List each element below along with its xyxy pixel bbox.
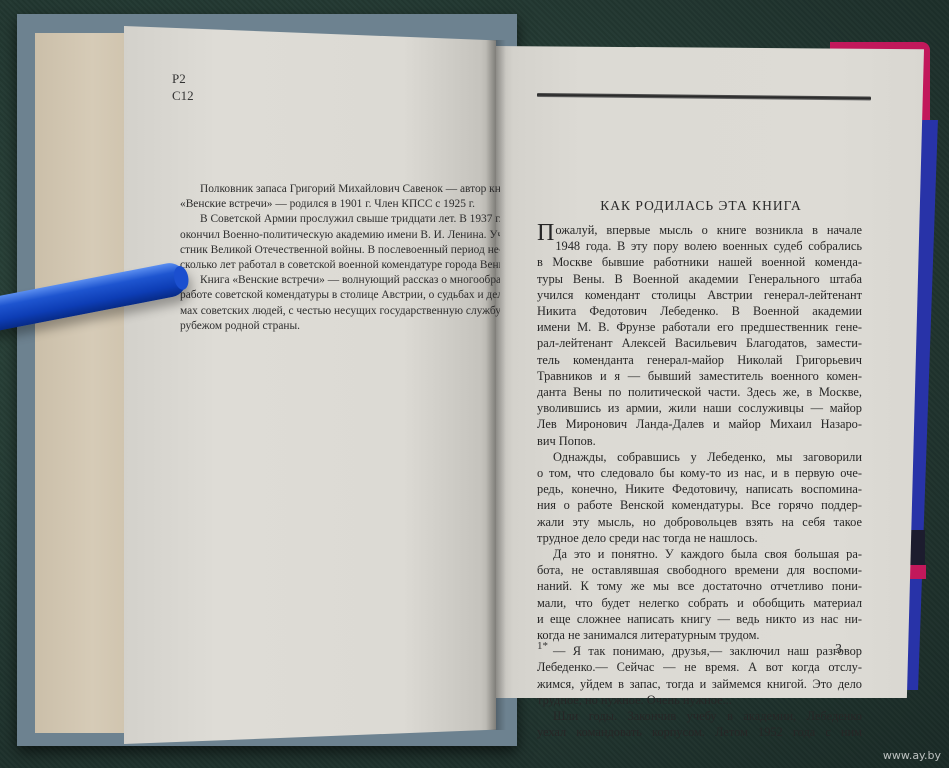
- text-line: жимся, уйдем в запас, тогда и займемся к…: [537, 676, 862, 692]
- text-line-content: Однажды, собравшись у Лебеденко, мы заго…: [553, 450, 862, 464]
- text-line-content: Травников и я — бывший заместитель военн…: [537, 369, 862, 383]
- text-line-content: уволившись из армии, жили наши сослуживц…: [537, 401, 862, 415]
- text-line: бота, не оставлявшая свободного времени …: [537, 562, 862, 578]
- text-line: рал-лейтенант Алексей Васильевич Благода…: [537, 335, 862, 351]
- text-line-content: в Москве бывшие работники нашей военной …: [537, 255, 862, 269]
- annotation-line: «Венские встречи» — родился в 1901 г. Чл…: [180, 197, 500, 212]
- book-gutter: [486, 40, 506, 730]
- author-annotation: Полковник запаса Григорий Михайлович Сав…: [180, 182, 500, 334]
- text-line: Лебеденко.— Сейчас — не время. А вот ког…: [537, 659, 862, 675]
- text-line-content: Никита Федотович Лебеденко. В Военной ак…: [537, 304, 862, 318]
- text-line: Однажды, собравшись у Лебеденко, мы заго…: [537, 449, 862, 465]
- text-line: редь, конечно, Никите Федотовичу, написа…: [537, 481, 862, 497]
- text-line: Шли годы. Закончив учебу в академии, Леб…: [537, 708, 862, 724]
- text-line: уволившись из армии, жили наши сослуживц…: [537, 400, 862, 416]
- annotation-line: Полковник запаса Григорий Михайлович Сав…: [180, 182, 500, 197]
- text-line: 1948 года. В эту пору волею военных суде…: [537, 238, 862, 254]
- annotation-line: окончил Военно-политическую академию име…: [180, 228, 500, 243]
- text-line: имени М. В. Фрунзе работали его предшест…: [537, 319, 862, 335]
- text-line-content: тель коменданта генерал-майор Николай Гр…: [537, 353, 862, 367]
- text-line-content: жали эту мысль, но добровольцев взять на…: [537, 515, 862, 529]
- text-line: наний. К тому же мы все достаточно отчет…: [537, 578, 862, 594]
- watermark: www.ay.by: [883, 749, 941, 762]
- text-line: мали, что будет нелегко собрать и обобщи…: [537, 595, 862, 611]
- text-line-content: вич Попов.: [537, 434, 596, 448]
- text-line-content: уехал командовать корпусом. Летом 1952 г…: [537, 725, 862, 739]
- text-line-content: туры Вены. В Военной академии Генерально…: [537, 272, 862, 286]
- text-line-content: 1948 года. В эту пору волею военных суде…: [555, 239, 862, 253]
- code-line: Р2: [172, 70, 194, 87]
- chapter-title: КАК РОДИЛАСЬ ЭТА КНИГА: [536, 198, 866, 214]
- text-line: туры Вены. В Военной академии Генерально…: [537, 271, 862, 287]
- text-line-content: бота, не оставлявшая свободного времени …: [537, 563, 862, 577]
- text-line: о том, что следовало бы кому-то из нас, …: [537, 465, 862, 481]
- text-line: трудное дело среди нас тогда не нашлось.: [537, 530, 862, 546]
- text-line: когда не занимался литературным трудом.: [537, 627, 862, 643]
- text-line: вич Попов.: [537, 433, 862, 449]
- photo-scene: Р2 С12 Полковник запаса Григорий Михайло…: [0, 0, 949, 768]
- text-line-content: и еще сложнее написать книгу — ведь никт…: [537, 612, 862, 626]
- drop-cap: П: [537, 225, 554, 241]
- annotation-line: Книга «Венские встречи» — волнующий расс…: [180, 273, 500, 288]
- text-line: Да это и понятно. У каждого была своя бо…: [537, 546, 862, 562]
- text-line: ния о работе Венской комендатуры. Все го…: [537, 497, 862, 513]
- text-line-content: трудное, но нужное. Очень нужное...: [537, 693, 732, 707]
- chapter-body: Пожалуй, впервые мысль о книге возникла …: [537, 222, 862, 741]
- text-line: Пожалуй, впервые мысль о книге возникла …: [537, 222, 862, 238]
- text-line: уехал командовать корпусом. Летом 1952 г…: [537, 724, 862, 740]
- left-page: [124, 26, 496, 744]
- text-line: трудное, но нужное. Очень нужное...: [537, 692, 862, 708]
- classification-codes: Р2 С12: [172, 70, 194, 104]
- text-line-content: редь, конечно, Никите Федотовичу, написа…: [537, 482, 862, 496]
- text-line-content: жимся, уйдем в запас, тогда и займемся к…: [537, 677, 862, 691]
- annotation-line: В Советской Армии прослужил свыше тридца…: [180, 212, 500, 227]
- endpaper: [35, 33, 131, 733]
- text-line-content: Шли годы. Закончив учебу в академии, Леб…: [553, 709, 862, 723]
- text-line-content: имени М. В. Фрунзе работали его предшест…: [537, 320, 862, 334]
- annotation-line: мах советских людей, с честью несущих го…: [180, 304, 500, 319]
- text-line-content: учился комендант столицы Австрии генерал…: [537, 288, 862, 302]
- text-line: и еще сложнее написать книгу — ведь никт…: [537, 611, 862, 627]
- annotation-line: рубежом родной страны.: [180, 319, 500, 334]
- text-line-content: о том, что следовало бы кому-то из нас, …: [537, 466, 862, 480]
- annotation-line: стник Великой Отечественной войны. В пос…: [180, 243, 500, 258]
- text-line: Лев Миронович Ланда-Далев и майор Михаил…: [537, 416, 862, 432]
- text-line-content: Да это и понятно. У каждого была своя бо…: [553, 547, 862, 561]
- text-line: учился комендант столицы Австрии генерал…: [537, 287, 862, 303]
- text-line-content: рал-лейтенант Алексей Васильевич Благода…: [537, 336, 862, 350]
- annotation-line: сколько лет работал в советской военной …: [180, 258, 500, 273]
- code-line: С12: [172, 87, 194, 104]
- text-line-content: данта Вены по политической части. Здесь …: [537, 385, 862, 399]
- text-line-content: — Я так понимаю, друзья,— заключил наш р…: [553, 644, 862, 658]
- text-line-content: мали, что будет нелегко собрать и обобщи…: [537, 596, 862, 610]
- text-line: Никита Федотович Лебеденко. В Военной ак…: [537, 303, 862, 319]
- signature-mark: 1*: [537, 640, 548, 652]
- text-line: тель коменданта генерал-майор Николай Гр…: [537, 352, 862, 368]
- text-line-content: ожалуй, впервые мысль о книге возникла в…: [555, 223, 862, 237]
- text-line-content: наний. К тому же мы все достаточно отчет…: [537, 579, 862, 593]
- page-number: 3: [835, 642, 842, 658]
- text-line-content: трудное дело среди нас тогда не нашлось.: [537, 531, 758, 545]
- text-line: в Москве бывшие работники нашей военной …: [537, 254, 862, 270]
- text-line-content: Лебеденко.— Сейчас — не время. А вот ког…: [537, 660, 862, 674]
- annotation-line: работе советской комендатуры в столице А…: [180, 288, 500, 303]
- text-line: — Я так понимаю, друзья,— заключил наш р…: [537, 643, 862, 659]
- text-line-content: Лев Миронович Ланда-Далев и майор Михаил…: [537, 417, 862, 431]
- text-line: Травников и я — бывший заместитель военн…: [537, 368, 862, 384]
- text-line: жали эту мысль, но добровольцев взять на…: [537, 514, 862, 530]
- text-line-content: когда не занимался литературным трудом.: [537, 628, 760, 642]
- text-line: данта Вены по политической части. Здесь …: [537, 384, 862, 400]
- text-line-content: ния о работе Венской комендатуры. Все го…: [537, 498, 862, 512]
